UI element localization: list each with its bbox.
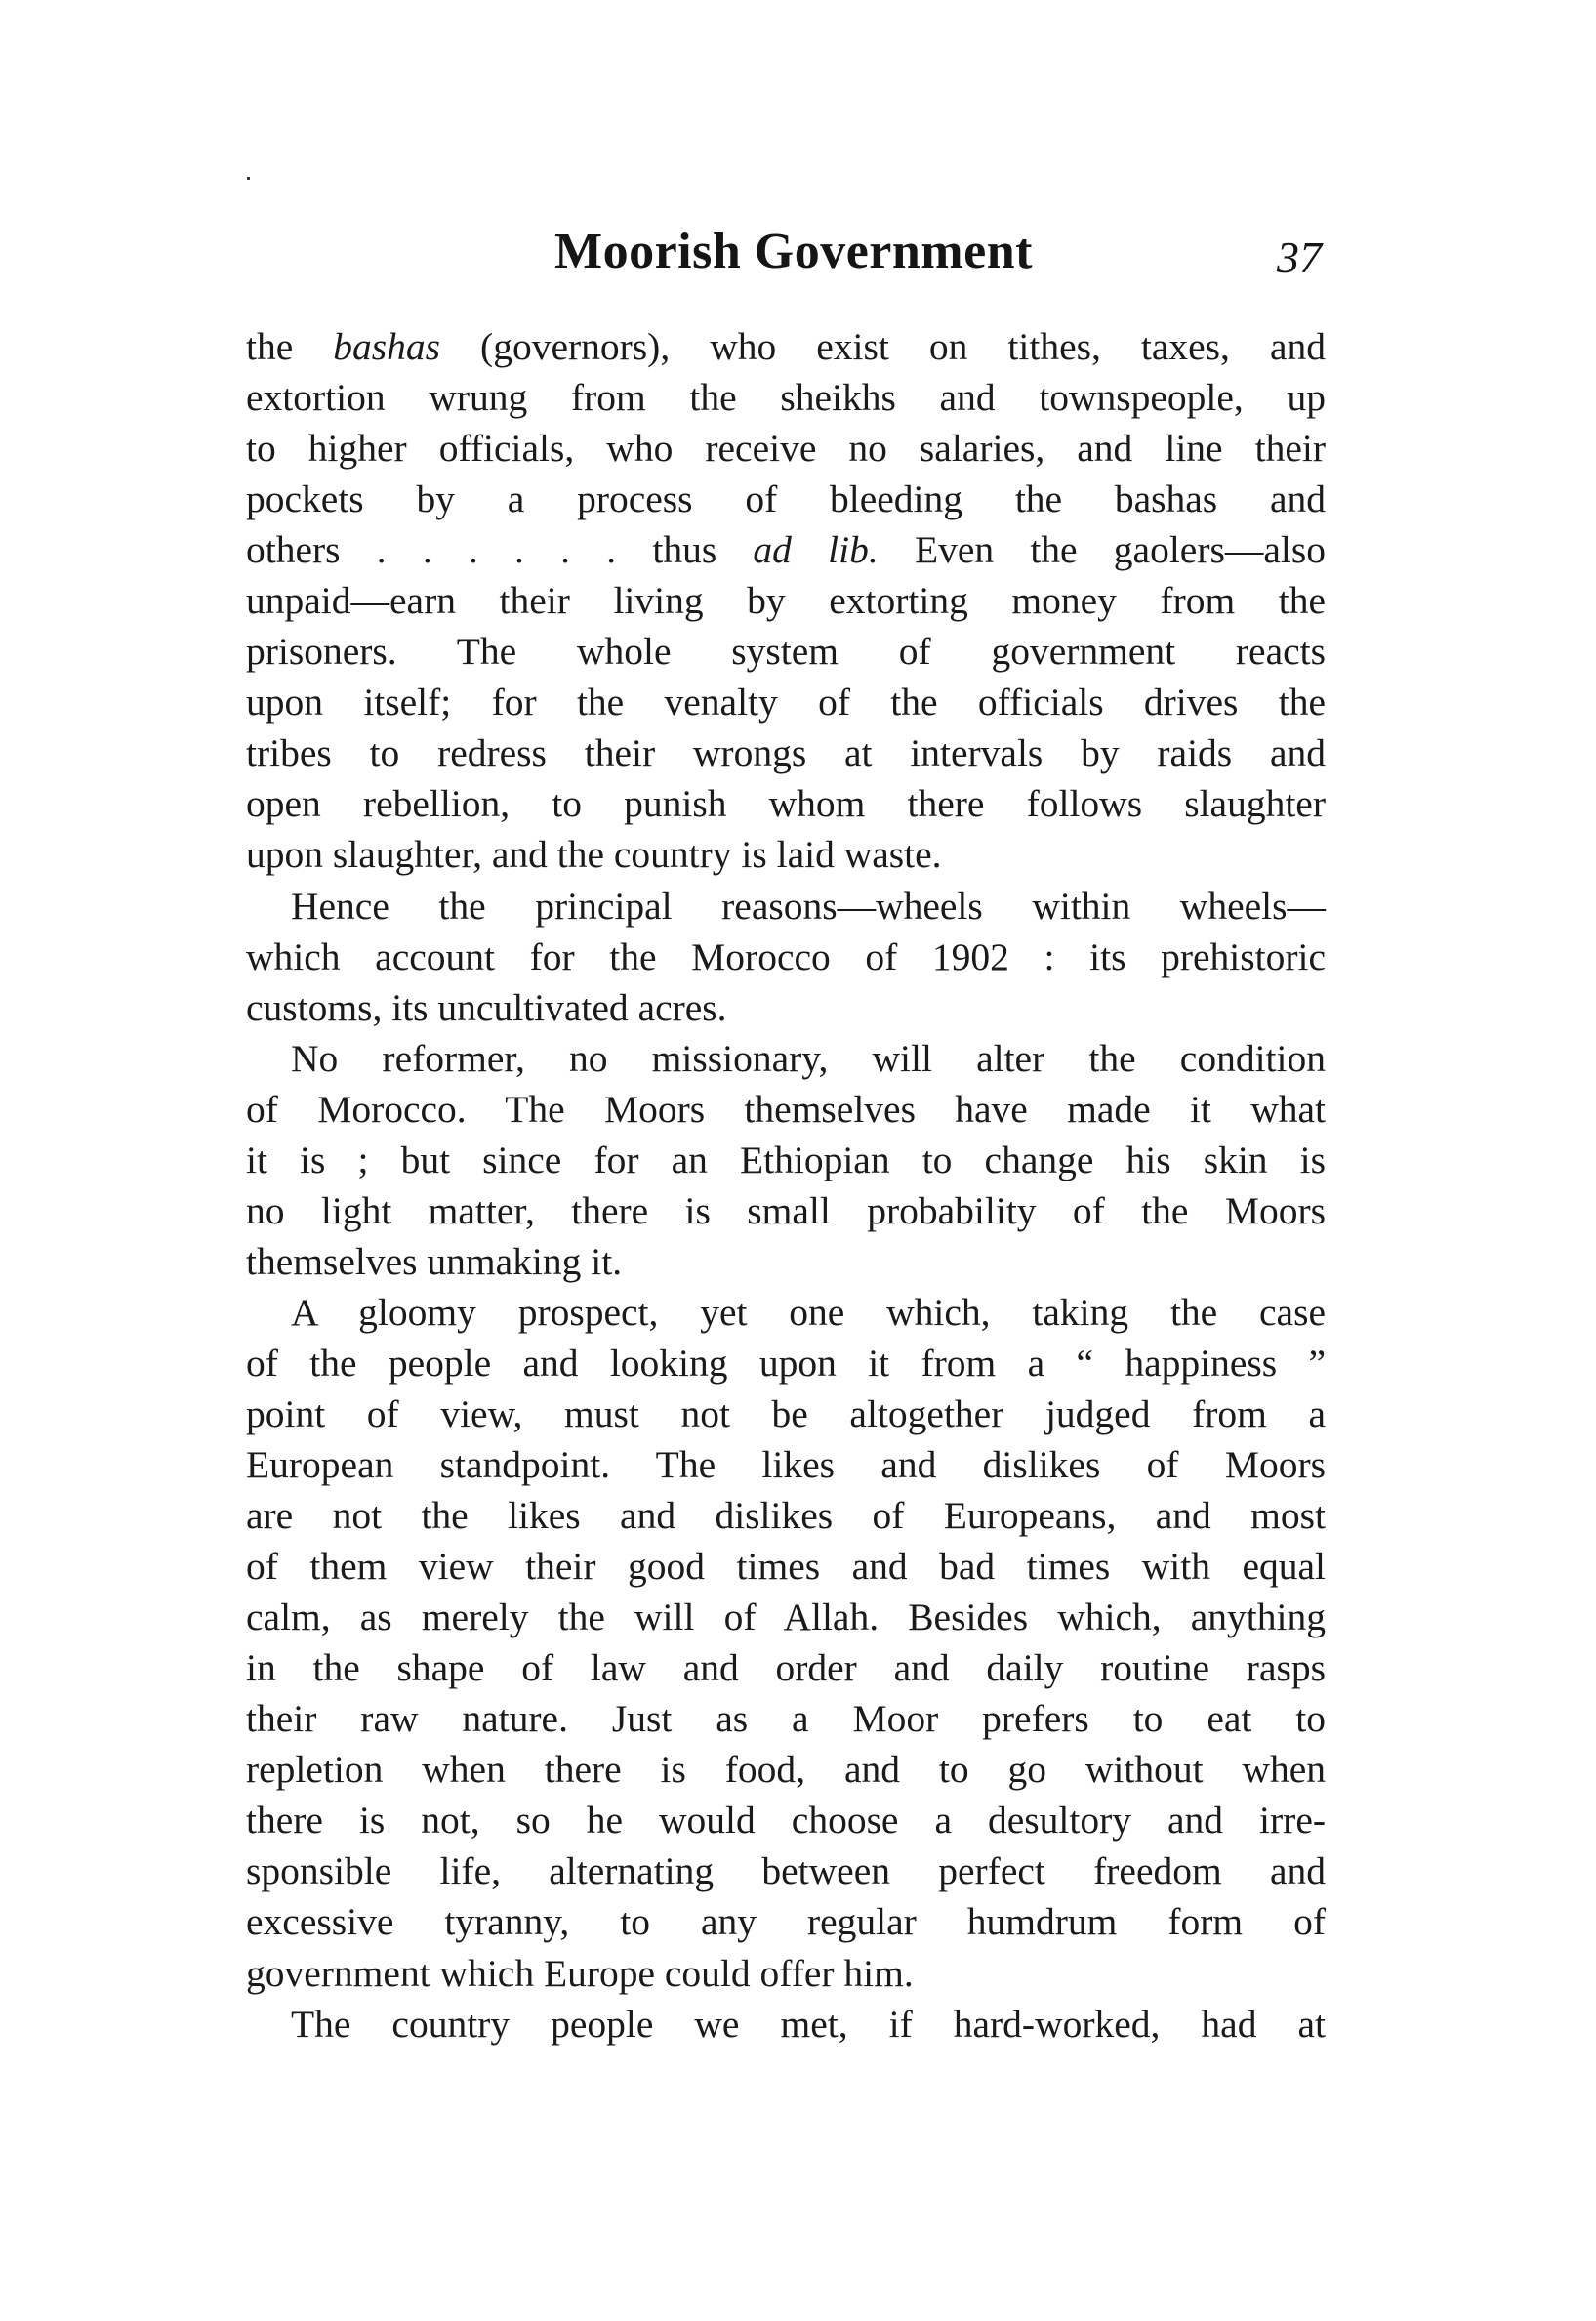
text-line: of them view their good times and bad ti… [246, 1541, 1326, 1592]
italic-term: bashas [333, 325, 440, 368]
scan-speck [247, 177, 250, 180]
page-number: 37 [1277, 227, 1322, 289]
text-line: are not the likes and dislikes of Europe… [246, 1490, 1326, 1541]
book-page: Moorish Government 37 the bashas (govern… [0, 0, 1596, 2321]
text-line: others . . . . . . thus ad lib. Even the… [246, 524, 1326, 575]
text-line: pockets by a process of bleeding the bas… [246, 474, 1326, 524]
text-line: tribes to redress their wrongs at interv… [246, 727, 1326, 778]
text-line: their raw nature. Just as a Moor prefers… [246, 1693, 1326, 1744]
text-line: to higher officials, who receive no sala… [246, 423, 1326, 474]
text-line: A gloomy prospect, yet one which, taking… [246, 1287, 1326, 1338]
text-line: it is ; but since for an Ethiopian to ch… [246, 1135, 1326, 1185]
text-line: no light matter, there is small probabil… [246, 1185, 1326, 1236]
text-line: of the people and looking upon it from a… [246, 1338, 1326, 1388]
text-line: of Morocco. The Moors themselves have ma… [246, 1084, 1326, 1135]
text-line: the bashas (governors), who exist on tit… [246, 321, 1326, 372]
text-line: repletion when there is food, and to go … [246, 1744, 1326, 1795]
body-text: the bashas (governors), who exist on tit… [246, 321, 1326, 2050]
text-line: upon itself; for the venalty of the offi… [246, 677, 1326, 727]
text-line: Hence the principal reasons—wheels withi… [246, 881, 1326, 932]
text-line: No reformer, no missionary, will alter t… [246, 1033, 1326, 1084]
text-line: themselves unmaking it. [246, 1236, 1326, 1287]
text-line: European standpoint. The likes and disli… [246, 1439, 1326, 1490]
text-line: excessive tyranny, to any regular humdru… [246, 1896, 1326, 1947]
text-line: unpaid—earn their living by extorting mo… [246, 575, 1326, 626]
text-line: government which Europe could offer him. [246, 1948, 1326, 1999]
running-head: Moorish Government 37 [246, 221, 1326, 283]
text-line: customs, its uncultivated acres. [246, 982, 1326, 1033]
text-line: The country people we met, if hard-worke… [246, 1999, 1326, 2050]
text-line: prisoners. The whole system of governmen… [246, 626, 1326, 677]
text-line: which account for the Morocco of 1902 : … [246, 932, 1326, 982]
text-line: open rebellion, to punish whom there fol… [246, 778, 1326, 829]
italic-term: ad lib. [753, 528, 878, 571]
text-line: point of view, must not be altogether ju… [246, 1388, 1326, 1439]
text-line: upon slaughter, and the country is laid … [246, 829, 1326, 880]
text-line: extortion wrung from the sheikhs and tow… [246, 372, 1326, 423]
running-title: Moorish Government [554, 221, 1033, 283]
text-line: calm, as merely the will of Allah. Besid… [246, 1592, 1326, 1642]
text-line: sponsible life, alternating between perf… [246, 1845, 1326, 1896]
text-line: there is not, so he would choose a desul… [246, 1795, 1326, 1845]
text-line: in the shape of law and order and daily … [246, 1642, 1326, 1693]
